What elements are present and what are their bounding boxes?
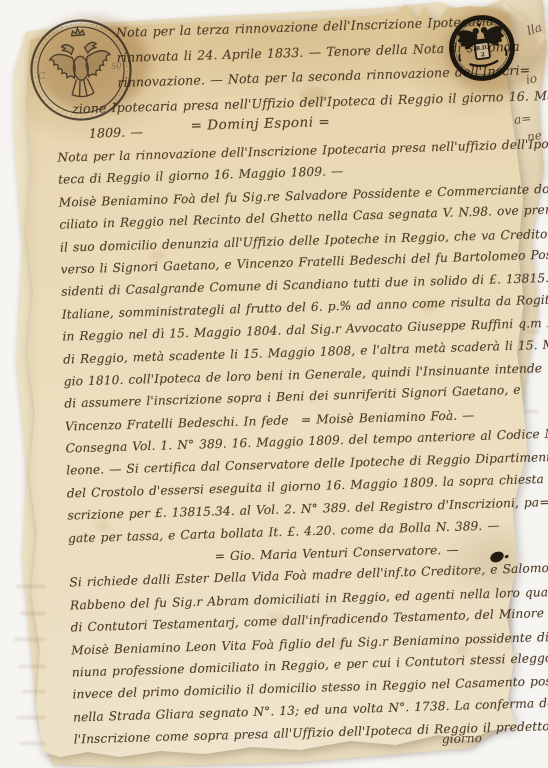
ghost-writing-mark	[20, 612, 46, 615]
catchword: giorno	[442, 731, 482, 746]
age-stain	[446, 8, 542, 94]
ghost-writing-mark	[22, 690, 46, 693]
ghost-writing-mark	[18, 665, 46, 668]
ghost-writing-mark	[20, 742, 46, 745]
age-stain	[34, 16, 149, 112]
scanned-document: lla io a= ne Nota per la terza rinnovazi…	[0, 0, 548, 768]
ghost-writing-mark	[16, 585, 46, 588]
ghost-writing-mark	[16, 716, 46, 719]
ghost-writing-mark	[14, 638, 46, 641]
